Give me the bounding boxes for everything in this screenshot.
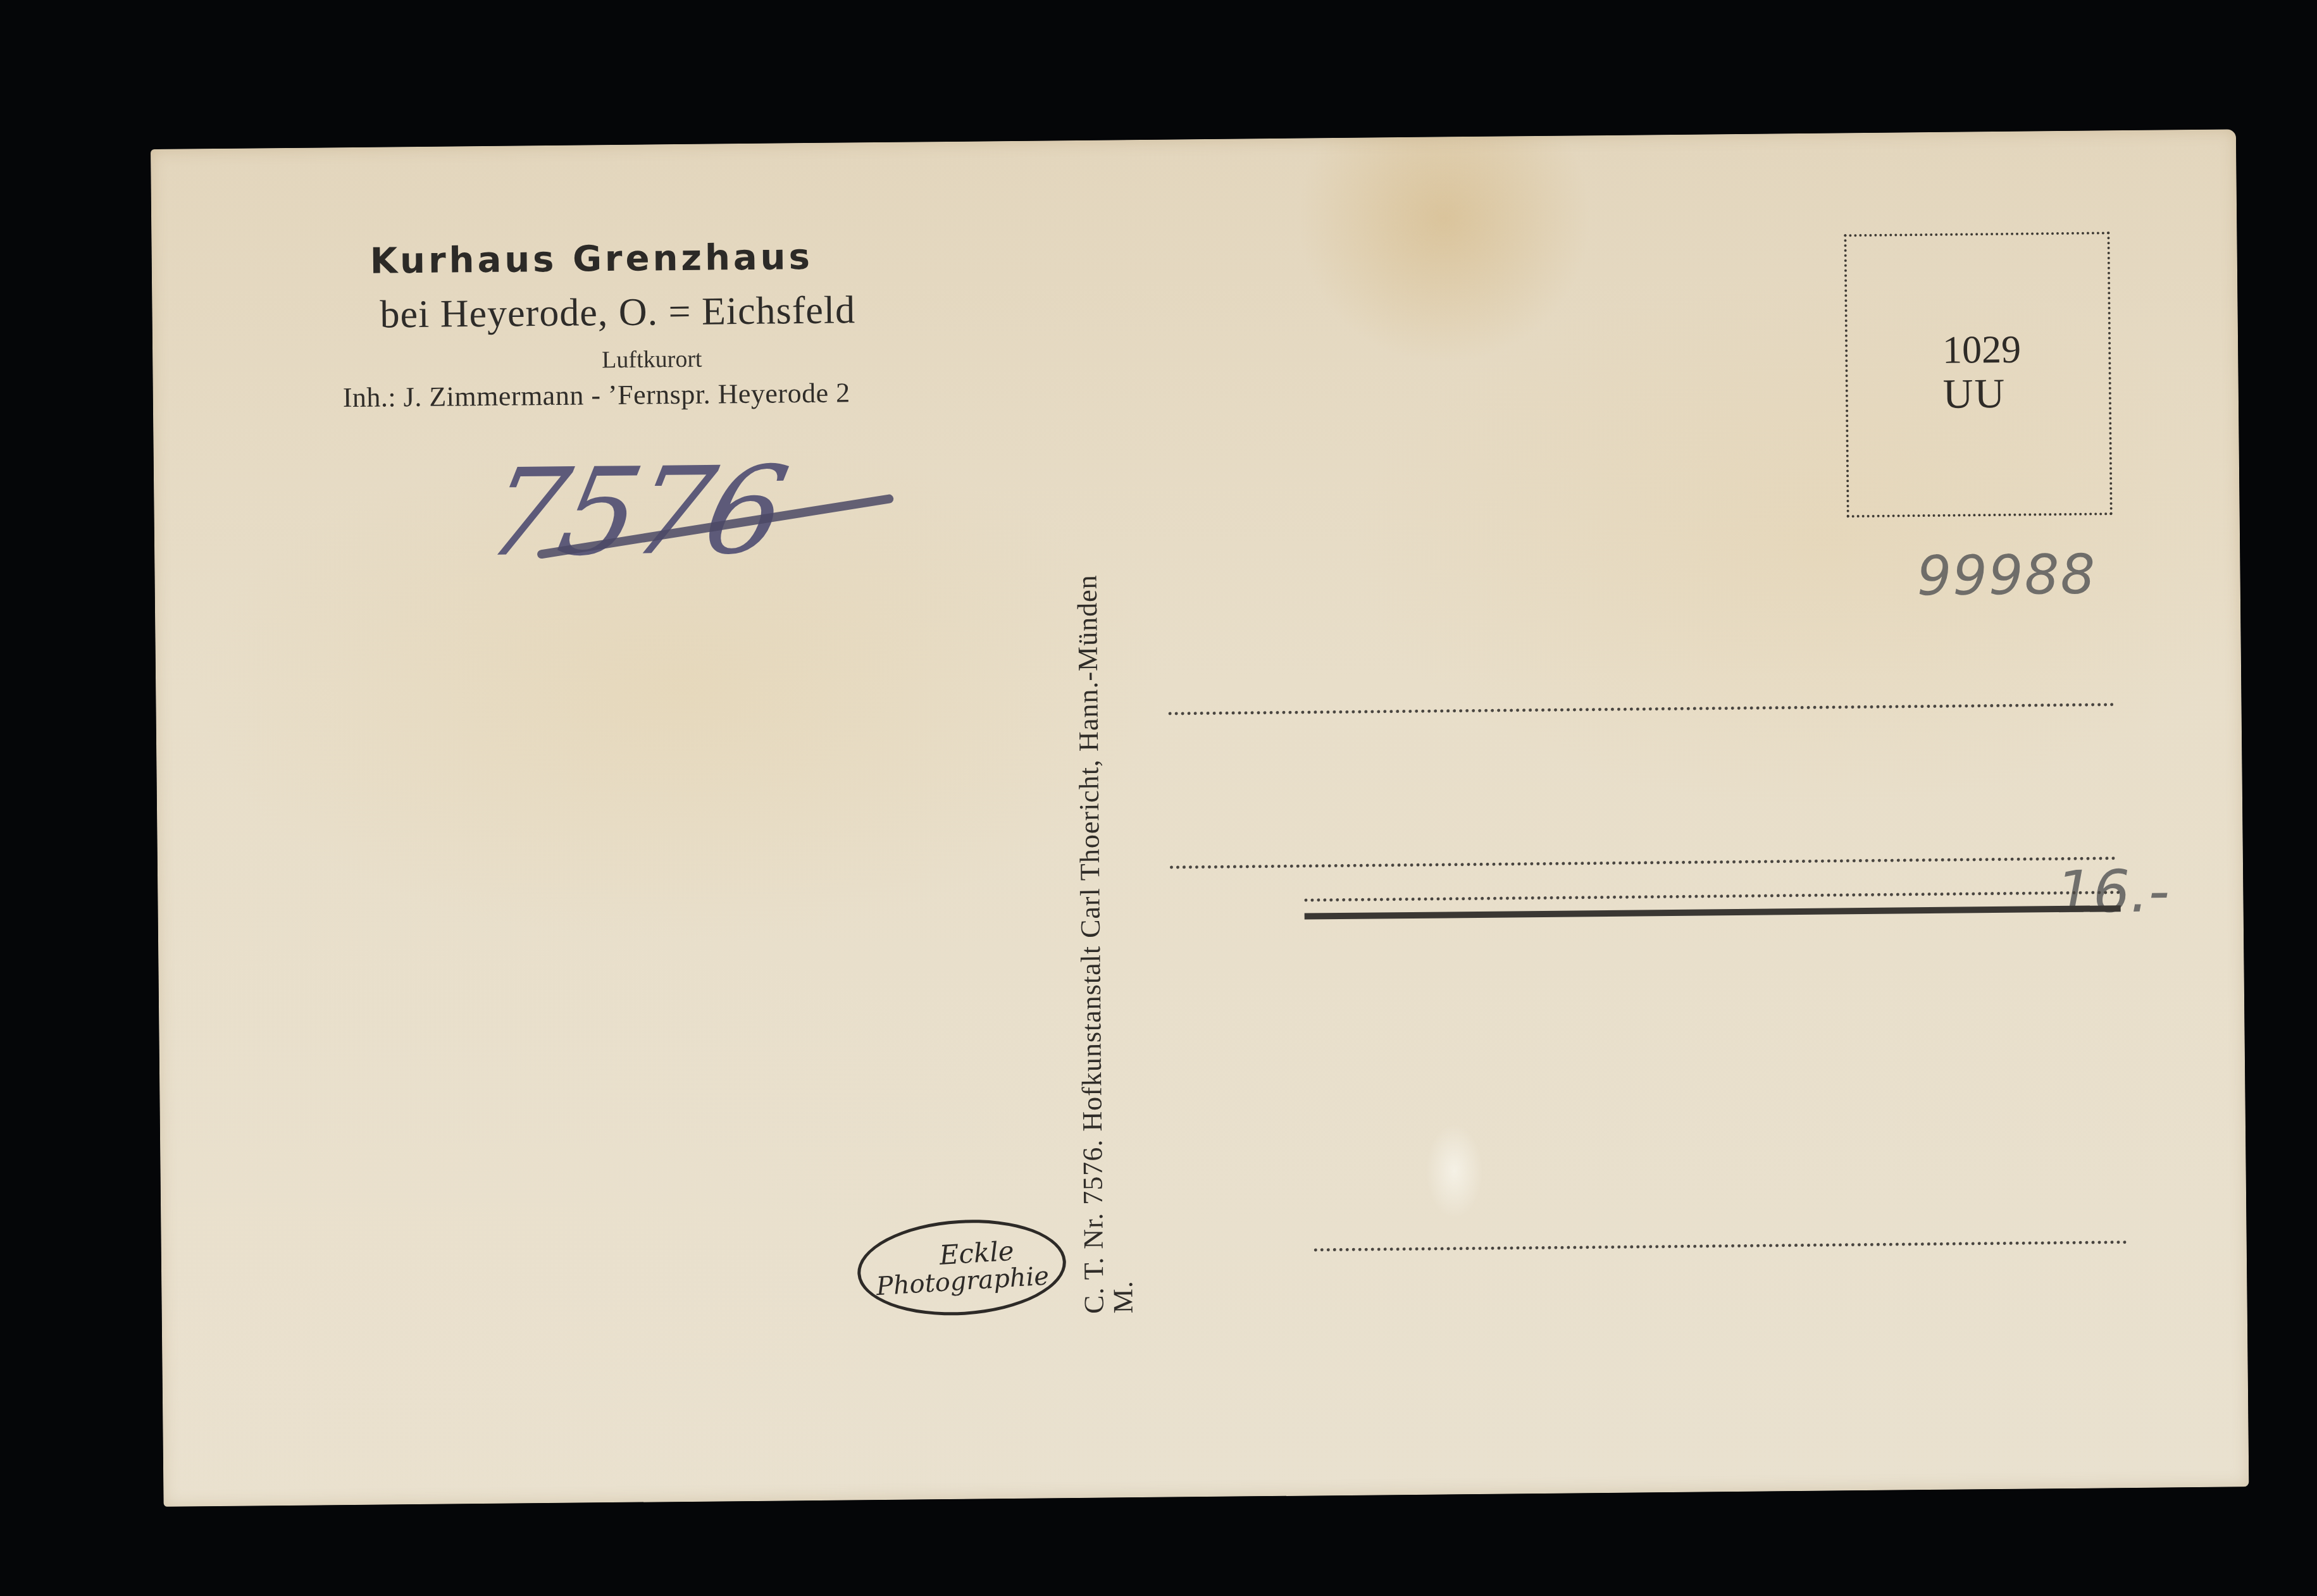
- hotel-title: Kurhaus Grenzhaus: [370, 235, 990, 281]
- address-line-4: [1314, 1240, 2127, 1251]
- stamp-code-number: 1029: [1942, 330, 2022, 370]
- address-line-2: [1170, 857, 2116, 869]
- stamp-code: 1029 UU: [1942, 330, 2022, 416]
- publisher-imprint-line2: M.: [1107, 1280, 1139, 1314]
- address-line-3: [1304, 891, 2120, 901]
- paper-scuff: [1426, 1123, 1483, 1219]
- postcard-back: Kurhaus Grenzhaus bei Heyerode, O. = Eic…: [151, 129, 2249, 1507]
- hotel-location: bei Heyerode, O. = Eichsfeld: [380, 288, 855, 337]
- hotel-tagline: Luftkurort: [602, 345, 702, 374]
- handwritten-reference-number: 7576: [475, 440, 794, 583]
- publisher-imprint-line1: C. T. Nr. 7576. Hofkunstanstalt Carl Tho…: [1072, 574, 1110, 1314]
- address-line-1: [1169, 703, 2115, 715]
- handwritten-inventory-number: 99988: [1916, 543, 2097, 609]
- owner-phone-line: Inh.: J. Zimmermann - ’Fernspr. Heyerode…: [343, 376, 850, 414]
- stamp-placeholder-box: 1029 UU: [1844, 232, 2112, 517]
- photographer-label: Photographie: [876, 1263, 1050, 1299]
- stamp-code-letters: UU: [1943, 373, 2022, 416]
- address-line-3-underline: [1305, 905, 2121, 919]
- photographer-stamp: Eckle Photographie: [855, 1214, 1069, 1321]
- publisher-imprint: C. T. Nr. 7576. Hofkunstanstalt Carl Tho…: [1068, 289, 1110, 1314]
